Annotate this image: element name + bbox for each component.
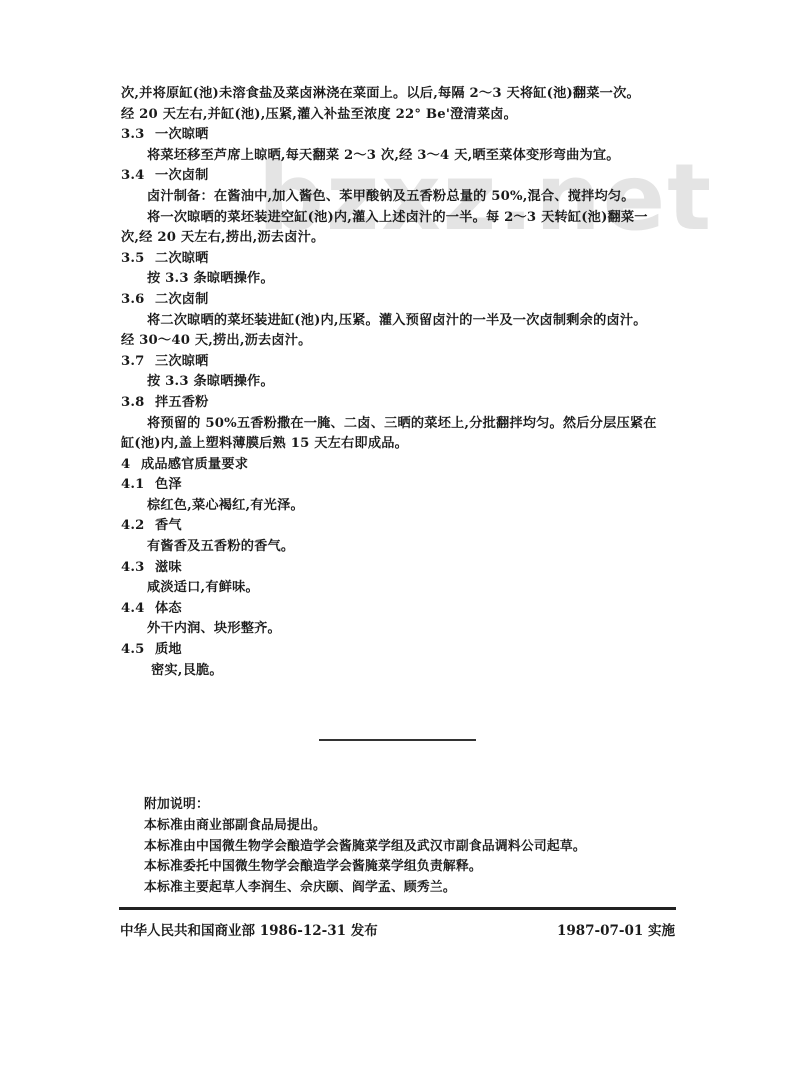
paragraph-line: 按 3.3 条晾晒操作。 [121,372,674,393]
section-number: 4.5 [121,640,155,661]
section-title: 二次晾晒 [155,251,209,266]
section-number: 4.4 [121,599,155,620]
additional-notes: 附加说明： 本标准由商业部副食品局提出。 本标准由中国微生物学会酿造学会酱腌菜学… [144,795,586,899]
section-heading-4-4: 4.4体态 [121,599,674,620]
paragraph-line: 咸淡适口,有鲜味。 [121,578,674,599]
section-heading-3-6: 3.6二次卤制 [121,290,674,311]
notes-title: 附加说明： [144,795,586,816]
paragraph-line: 将菜坯移至芦席上晾晒,每天翻菜 2～3 次,经 3～4 天,晒至菜体变形弯曲为宜… [121,146,674,167]
paragraph-line: 经 20 天左右,并缸(池),压紧,灌入补盐至浓度 22° Be'澄清菜卤。 [121,105,674,126]
paragraph-line: 次,经 20 天左右,捞出,沥去卤汁。 [121,228,674,249]
section-number: 4 [121,455,141,476]
section-heading-4-2: 4.2香气 [121,516,674,537]
section-heading-4-5: 4.5质地 [121,640,674,661]
section-title: 质地 [155,642,182,657]
section-title: 拌五香粉 [155,395,209,410]
section-number: 3.5 [121,249,155,270]
section-title: 一次卤制 [155,168,209,183]
section-title: 成品感官质量要求 [141,457,248,472]
section-heading-4: 4成品感官质量要求 [121,455,674,476]
section-number: 4.2 [121,516,155,537]
paragraph-line: 将一次晾晒的菜坯装进空缸(池)内,灌入上述卤汁的一半。每 2～3 天转缸(池)翻… [121,208,674,229]
section-number: 4.3 [121,558,155,579]
paragraph-line: 将预留的 50%五香粉撒在一腌、二卤、三晒的菜坯上,分批翻拌均匀。然后分层压紧在 [121,414,674,435]
section-number: 3.6 [121,290,155,311]
section-heading-3-4: 3.4一次卤制 [121,166,674,187]
issued-date: 中华人民共和国商业部 1986-12-31 发布 [120,919,378,939]
paragraph-line: 按 3.3 条晾晒操作。 [121,269,674,290]
notes-item: 本标准由中国微生物学会酿造学会酱腌菜学组及武汉市副食品调料公司起草。 [144,837,586,858]
section-title: 色泽 [155,477,182,492]
footer-rule [119,907,676,910]
section-title: 一次晾晒 [155,127,209,142]
section-heading-3-3: 3.3一次晾晒 [121,125,674,146]
paragraph-line: 外干内润、块形整齐。 [121,619,674,640]
section-number: 4.1 [121,475,155,496]
notes-item: 本标准委托中国微生物学会酿造学会酱腌菜学组负责解释。 [144,857,586,878]
effective-date: 1987-07-01 实施 [557,919,675,939]
section-number: 3.4 [121,166,155,187]
notes-item: 本标准由商业部副食品局提出。 [144,816,586,837]
section-title: 香气 [155,518,182,533]
section-title: 滋味 [155,560,182,575]
section-heading-4-3: 4.3滋味 [121,558,674,579]
paragraph-line: 次,并将原缸(池)未溶食盐及菜卤淋浇在菜面上。以后,每隔 2～3 天将缸(池)翻… [121,84,674,105]
section-heading-3-5: 3.5二次晾晒 [121,249,674,270]
paragraph-line: 密实,艮脆。 [121,661,674,682]
section-title: 体态 [155,601,182,616]
section-title: 三次晾晒 [155,354,209,369]
paragraph-line: 有酱香及五香粉的香气。 [121,537,674,558]
section-number: 3.8 [121,393,155,414]
section-number: 3.3 [121,125,155,146]
paragraph-line: 将二次晾晒的菜坯装进缸(池)内,压紧。灌入预留卤汁的一半及一次卤制剩余的卤汁。 [121,311,674,332]
end-separator-rule [319,739,476,741]
section-number: 3.7 [121,352,155,373]
footer: 中华人民共和国商业部 1986-12-31 发布 1987-07-01 实施 [120,919,675,939]
paragraph-line: 棕红色,菜心褐红,有光泽。 [121,496,674,517]
section-heading-3-7: 3.7三次晾晒 [121,352,674,373]
paragraph-line: 经 30～40 天,捞出,沥去卤汁。 [121,331,674,352]
paragraph-line: 缸(池)内,盖上塑料薄膜后熟 15 天左右即成品。 [121,434,674,455]
section-title: 二次卤制 [155,292,209,307]
section-heading-3-8: 3.8拌五香粉 [121,393,674,414]
notes-item: 本标准主要起草人李润生、佘庆颐、阎学孟、顾秀兰。 [144,878,586,899]
paragraph-line: 卤汁制备：在酱油中,加入酱色、苯甲酸钠及五香粉总量的 50%,混合、搅拌均匀。 [121,187,674,208]
document-body: 次,并将原缸(池)未溶食盐及菜卤淋浇在菜面上。以后,每隔 2～3 天将缸(池)翻… [121,84,674,681]
section-heading-4-1: 4.1色泽 [121,475,674,496]
